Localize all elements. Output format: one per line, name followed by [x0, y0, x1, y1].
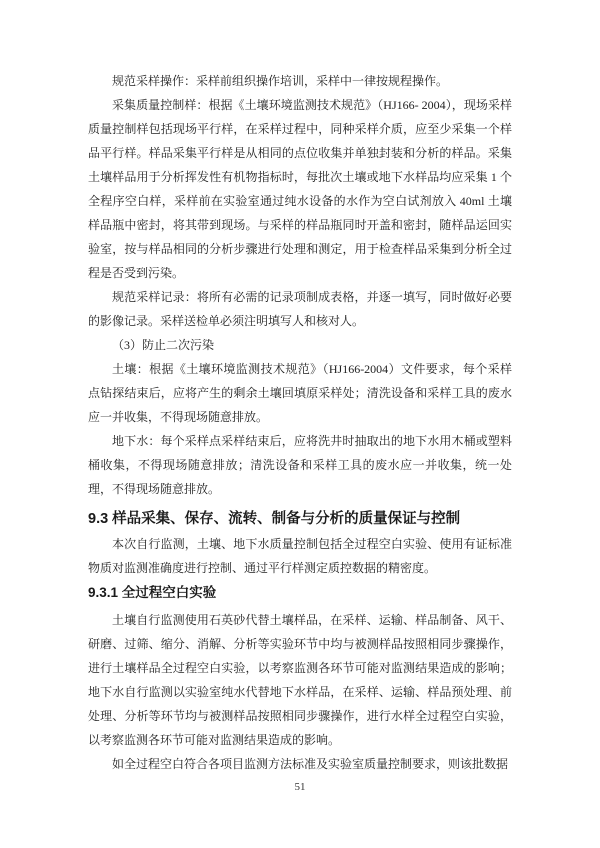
paragraph-quality-control-samples: 采集质量控制样：根据《土壤环境监测技术规范》（HJ166- 2004），现场采样… [88, 93, 512, 285]
section-heading-9-3: 9.3 样品采集、保存、流转、制备与分析的质量保证与控制 [88, 506, 512, 532]
paragraph-soil-requirements: 土壤：根据《土壤环境监测技术规范》（HJ166-2004）文件要求，每个采样点钻… [88, 357, 512, 429]
page-number: 51 [88, 780, 512, 794]
document-page: 规范采样操作：采样前组织操作培训，采样中一律按规程操作。 采集质量控制样：根据《… [0, 0, 600, 848]
paragraph-blank-compliance: 如全过程空白符合各项目监测方法标准及实验室质量控制要求，则该批数据 [88, 752, 512, 776]
paragraph-full-process-blank-experiment: 土壤自行监测使用石英砂代替土壤样品，在采样、运输、样品制备、风干、研磨、过筛、缩… [88, 608, 512, 752]
paragraph-item3-secondary-pollution: （3）防止二次污染 [88, 333, 512, 357]
paragraph-sampling-operation: 规范采样操作：采样前组织操作培训，采样中一律按规程操作。 [88, 69, 512, 93]
paragraph-self-monitoring-overview: 本次自行监测，土壤、地下水质量控制包括全过程空白实验、使用有证标准物质对监测准确… [88, 532, 512, 580]
paragraph-groundwater-requirements: 地下水：每个采样点采样结束后，应将洗井时抽取出的地下水用木桶或塑料桶收集，不得现… [88, 429, 512, 501]
paragraph-sampling-records: 规范采样记录：将所有必需的记录项制成表格，并逐一填写，同时做好必要的影像记录。采… [88, 285, 512, 333]
subsection-heading-9-3-1: 9.3.1 全过程空白实验 [88, 580, 512, 605]
